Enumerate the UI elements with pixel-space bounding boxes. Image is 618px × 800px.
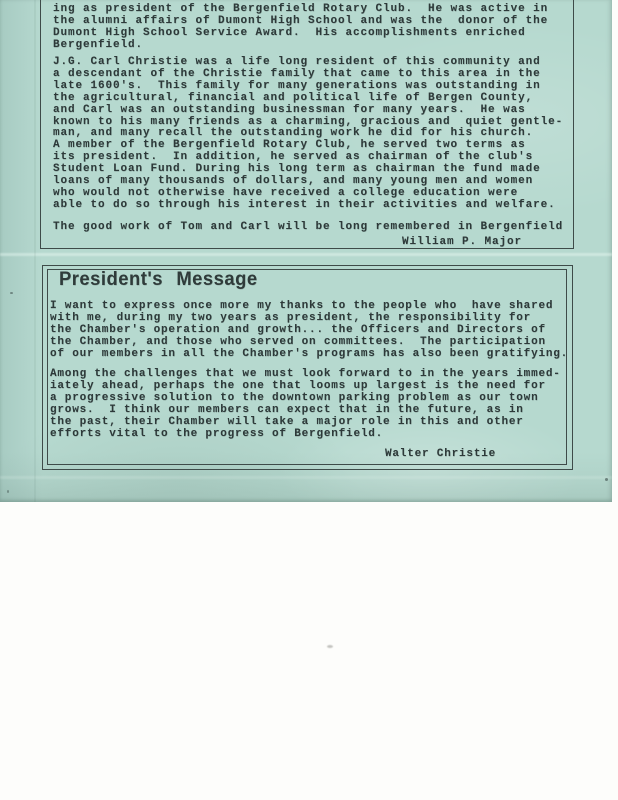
scanned-newsletter-page: testimonial dinner in 195 ing as preside… xyxy=(0,0,618,800)
presidents-message-signature: Walter Christie xyxy=(385,448,496,460)
memorial-paragraph-3: The good work of Tom and Carl will be lo… xyxy=(53,222,563,234)
presidents-message-paragraph-1: I want to express once more my thanks to… xyxy=(50,300,568,360)
memorial-paragraph-1: ing as president of the Bergenfield Rota… xyxy=(53,4,548,52)
memorial-signature: William P. Major xyxy=(402,237,522,249)
ink-speck xyxy=(605,478,608,481)
scanner-background xyxy=(0,502,618,800)
presidents-message-heading: President's Message xyxy=(59,270,258,289)
presidents-message-paragraph-2: Among the challenges that we must look f… xyxy=(50,368,561,440)
paper-sheet: testimonial dinner in 195 ing as preside… xyxy=(0,0,612,502)
ink-speck xyxy=(10,292,13,294)
ink-speck xyxy=(7,490,9,493)
dust-speck xyxy=(327,645,333,648)
paper-crease-vertical xyxy=(34,0,36,502)
paper-crease-horizontal xyxy=(0,253,612,256)
memorial-paragraph-2: J.G. Carl Christie was a life long resid… xyxy=(53,57,563,212)
